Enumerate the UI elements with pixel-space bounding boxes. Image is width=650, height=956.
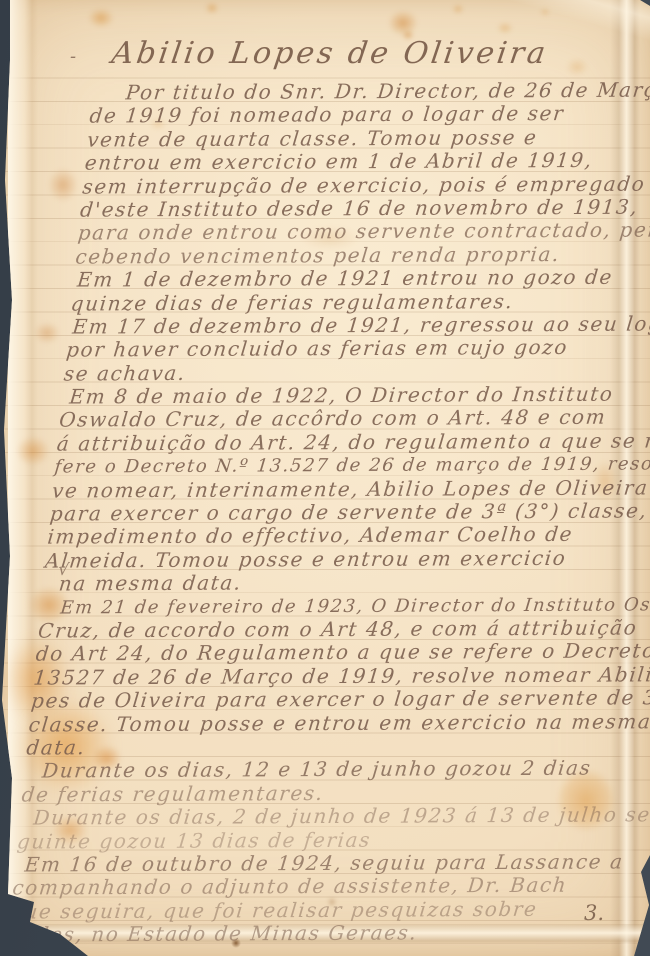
foxing-stain <box>566 58 588 76</box>
manuscript-line: Por titulo do Snr. Dr. Director, de 26 d… <box>125 78 650 104</box>
manuscript-line: que seguira, que foi realisar pesquizas … <box>9 897 610 924</box>
foxing-stain <box>88 8 114 28</box>
document-title: Abilio Lopes de Oliveira <box>110 36 551 71</box>
manuscript-body: Por titulo do Snr. Dr. Director, de 26 d… <box>7 78 650 947</box>
foxing-stain <box>205 2 219 14</box>
photo-backdrop: Abilio Lopes de Oliveira - √ Por titulo … <box>0 0 650 956</box>
foxing-stain <box>48 168 78 202</box>
foxing-stain <box>16 436 50 466</box>
manuscript-line: de 1919 foi nomeado para o logar de ser <box>88 102 650 129</box>
margin-dash-mark: - <box>70 46 76 67</box>
manuscript-line: para onde entrou como servente contracta… <box>77 219 650 246</box>
manuscript-line: classe. Tomou posse e entrou em exercici… <box>28 710 629 737</box>
manuscript-line: dades, no Estado de Minas Geraes. <box>7 920 608 947</box>
foxing-stain <box>497 22 513 34</box>
page-number: 3. <box>584 901 604 925</box>
manuscript-line: por haver concluido as ferias em cujo go… <box>65 336 650 363</box>
foxing-stain <box>34 322 60 344</box>
paper-sheet: Abilio Lopes de Oliveira - √ Por titulo … <box>0 0 650 956</box>
manuscript-line: Durante os dias, 2 de junho de 1923 á 13… <box>32 804 619 830</box>
manuscript-line: Almeida. Tomou posse e entrou em exercic… <box>44 546 645 573</box>
manuscript-line: na mesma data. <box>58 570 643 596</box>
foxing-stain <box>540 8 550 16</box>
foxing-stain <box>452 4 464 14</box>
manuscript-line: á attribuição do Art. 24, do regulamento… <box>56 429 650 456</box>
manuscript-line: Em 1 de dezembro de 1921 entrou no gozo … <box>76 266 650 293</box>
manuscript-line: Durante os dias, 12 e 13 de junho gozou … <box>41 757 624 783</box>
